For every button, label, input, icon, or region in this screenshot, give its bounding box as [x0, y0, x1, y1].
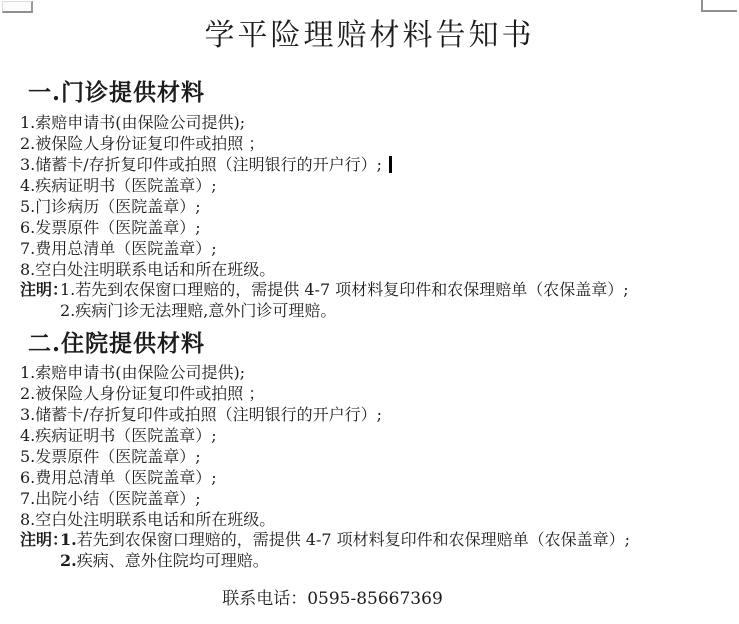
note-label: 注明：: [20, 529, 60, 550]
list-item: 6.费用总清单（医院盖章）;: [20, 467, 382, 488]
list-item: 1.索赔申请书(由保险公司提供);: [20, 112, 392, 133]
list-item: 6.发票原件（医院盖章）;: [20, 217, 392, 238]
note-text: 疾病门诊无法理赔,意外门诊可理赔。: [75, 300, 336, 321]
list-item: 8.空白处注明联系电话和所在班级。: [20, 509, 382, 530]
note-number: 2.: [60, 550, 77, 571]
section1-item-list: 1.索赔申请书(由保险公司提供); 2.被保险人身份证复印件或拍照 ； 3.储蓄…: [20, 112, 392, 280]
note-number: 1.: [60, 529, 77, 550]
note-text: 疾病、意外住院均可理赔。: [77, 550, 269, 571]
section2-item-list: 1.索赔申请书(由保险公司提供); 2.被保险人身份证复印件或拍照 ； 3.储蓄…: [20, 362, 382, 530]
section2-heading: 二.住院提供材料: [28, 325, 205, 358]
note-number: 2.: [60, 300, 75, 321]
section1-notes: 注明： 1. 若先到农保窗口理赔的，需提供 4-7 项材料复印件和农保理赔单（农…: [20, 279, 629, 321]
list-item: 8.空白处注明联系电话和所在班级。: [20, 259, 392, 280]
document-title: 学平险理赔材料告知书: [0, 10, 739, 54]
note-line: 注明： 1. 若先到农保窗口理赔的，需提供 4-7 项材料复印件和农保理赔单（农…: [20, 279, 629, 300]
note-line: 注明： 1. 若先到农保窗口理赔的，需提供 4-7 项材料复印件和农保理赔单（农…: [20, 529, 630, 550]
note-text: 若先到农保窗口理赔的，需提供 4-7 项材料复印件和农保理赔单（农保盖章）;: [77, 529, 630, 550]
list-item: 3.储蓄卡/存折复印件或拍照（注明银行的开户行）;: [20, 154, 392, 175]
contact-phone-line: 联系电话：0595-85667369: [0, 584, 739, 609]
note-line: 2. 疾病门诊无法理赔,意外门诊可理赔。: [20, 300, 629, 321]
document-page[interactable]: 学平险理赔材料告知书 一.门诊提供材料 1.索赔申请书(由保险公司提供); 2.…: [0, 0, 739, 624]
text-cursor: [389, 156, 392, 173]
list-item: 5.门诊病历（医院盖章）;: [20, 196, 392, 217]
list-item: 2.被保险人身份证复印件或拍照 ；: [20, 383, 382, 404]
list-item: 7.费用总清单（医院盖章）;: [20, 238, 392, 259]
note-text: 若先到农保窗口理赔的，需提供 4-7 项材料复印件和农保理赔单（农保盖章）;: [75, 279, 628, 300]
list-item: 3.储蓄卡/存折复印件或拍照（注明银行的开户行）;: [20, 404, 382, 425]
list-item: 1.索赔申请书(由保险公司提供);: [20, 362, 382, 383]
list-item: 7.出院小结（医院盖章）;: [20, 488, 382, 509]
note-label: 注明：: [20, 279, 60, 300]
section1-heading: 一.门诊提供材料: [28, 74, 205, 107]
list-item: 4.疾病证明书（医院盖章）;: [20, 425, 382, 446]
list-item: 2.被保险人身份证复印件或拍照 ；: [20, 133, 392, 154]
section2-notes: 注明： 1. 若先到农保窗口理赔的，需提供 4-7 项材料复印件和农保理赔单（农…: [20, 529, 630, 571]
list-item: 5.发票原件（医院盖章）;: [20, 446, 382, 467]
note-number: 1.: [60, 279, 75, 300]
note-line: 2. 疾病、意外住院均可理赔。: [20, 550, 630, 571]
list-item: 4.疾病证明书（医院盖章）;: [20, 175, 392, 196]
